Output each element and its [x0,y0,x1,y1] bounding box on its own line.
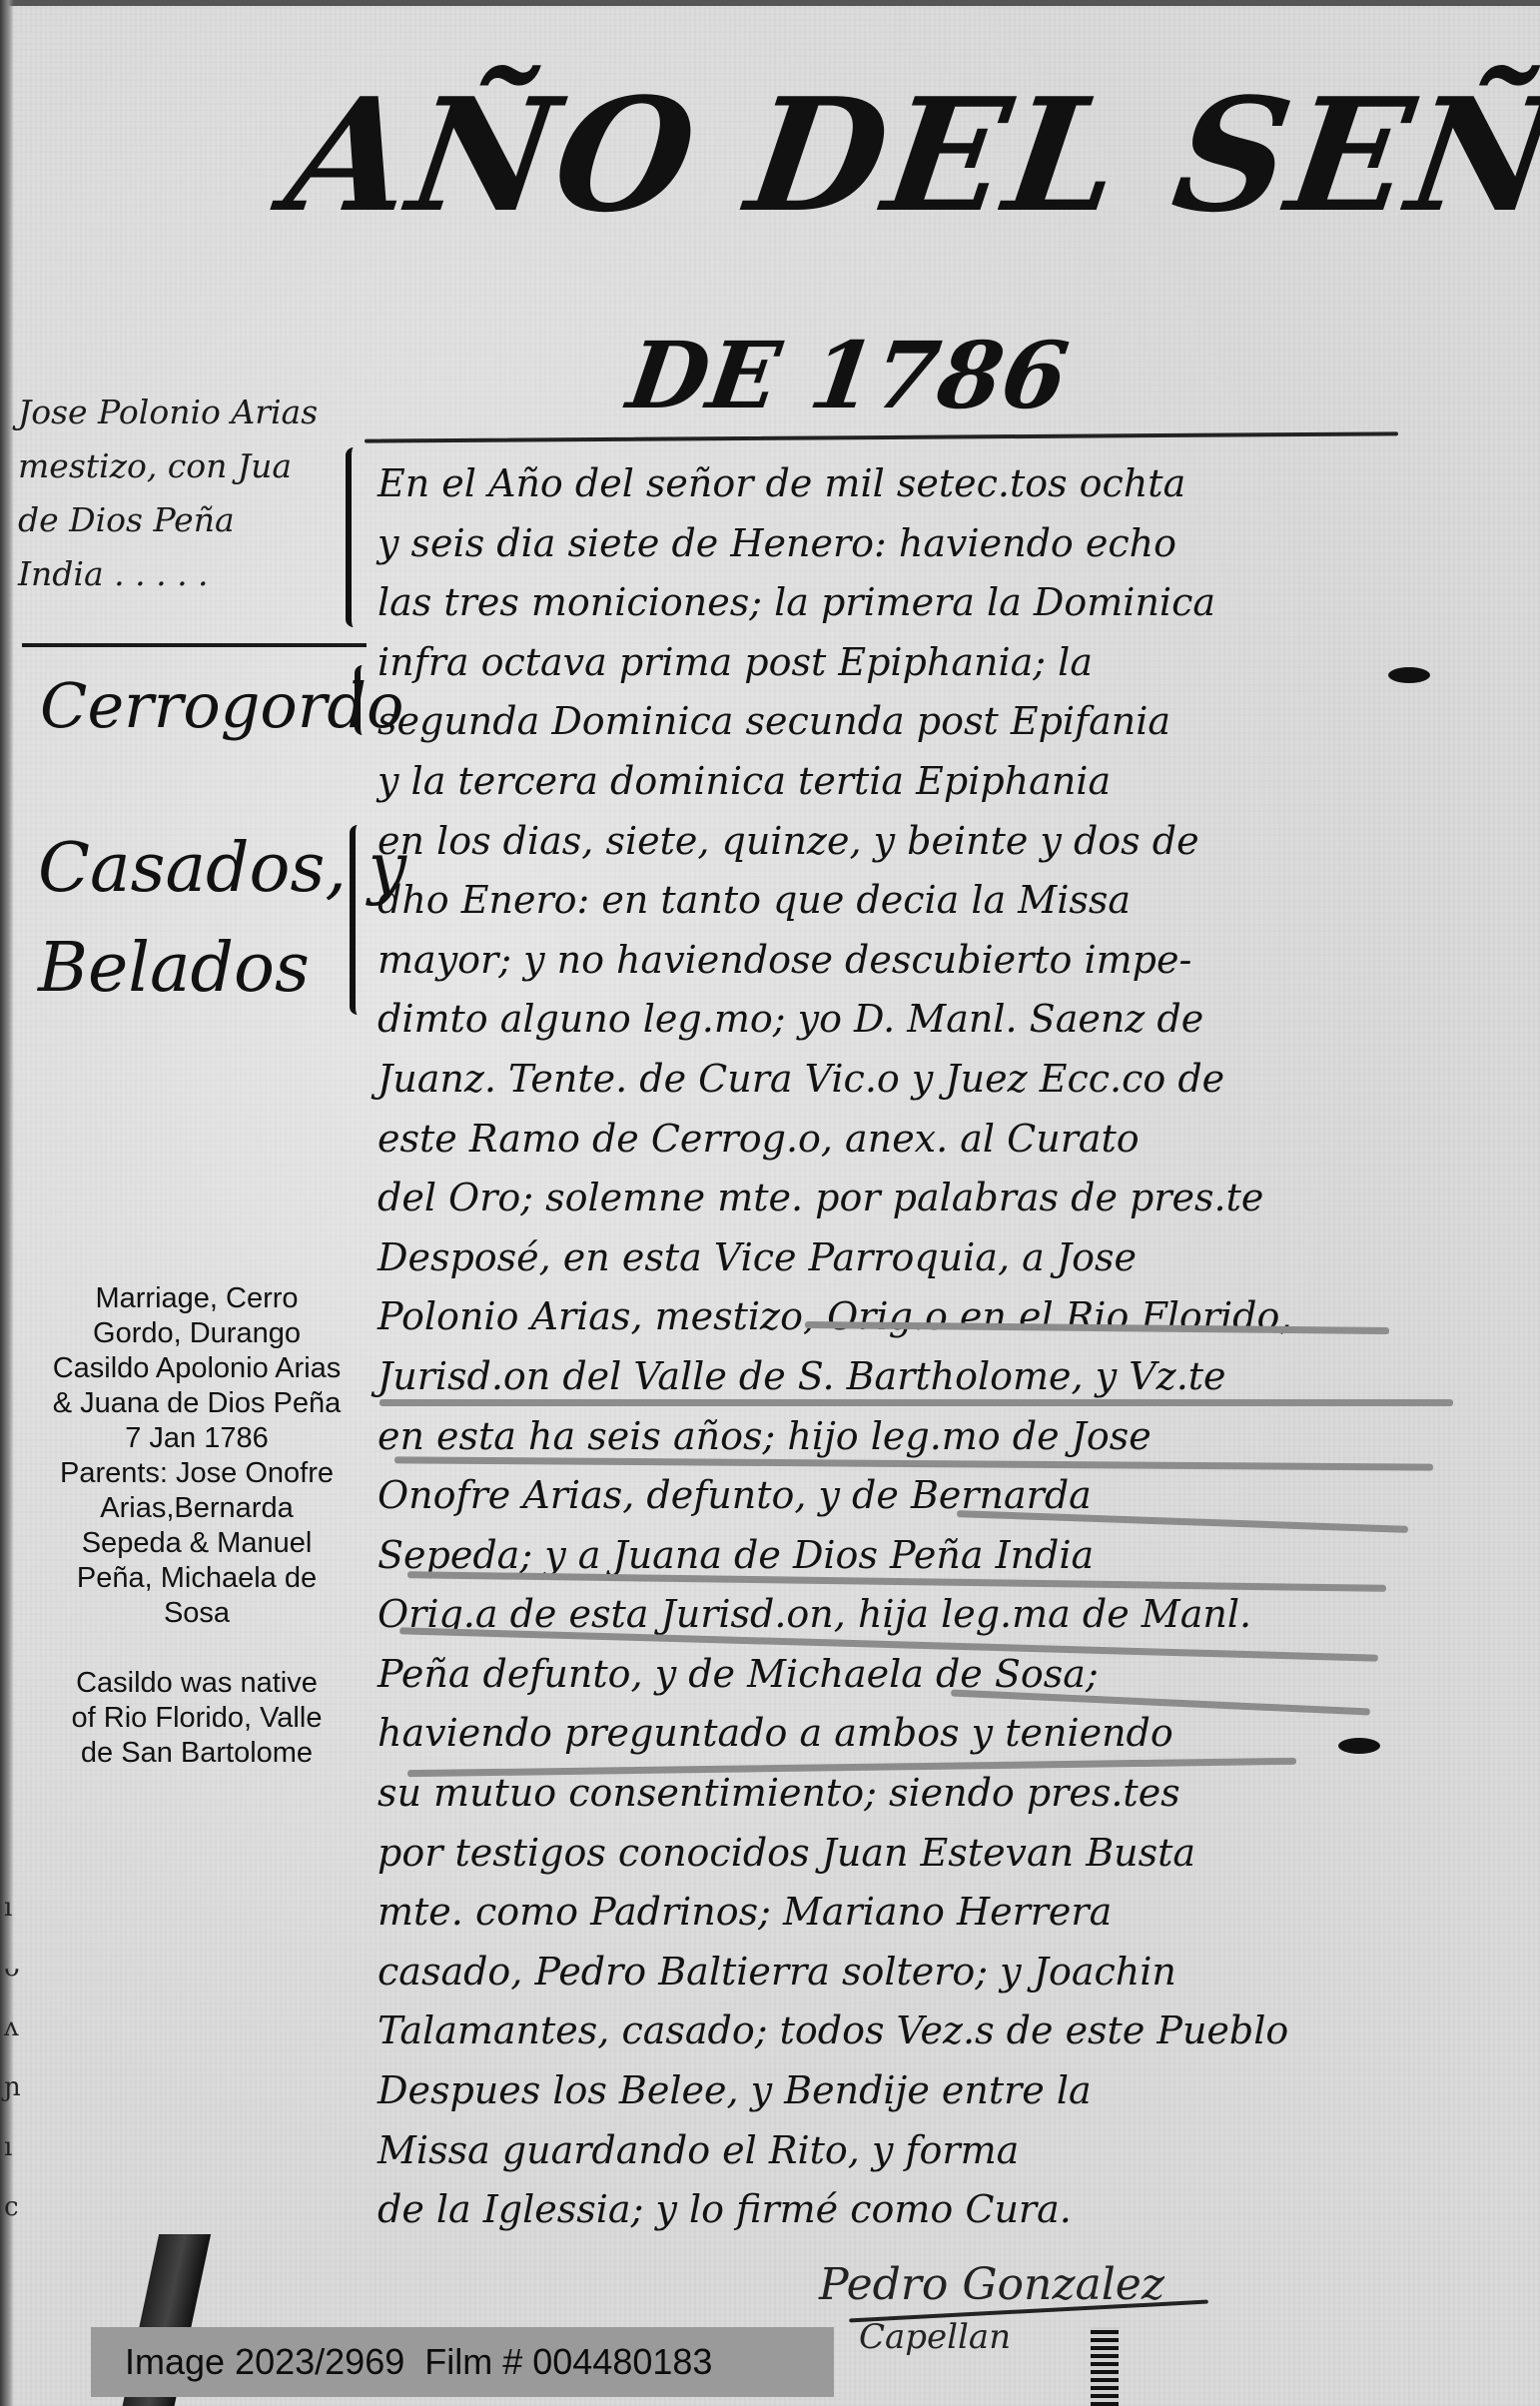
entry-line: dimto alguno leg.mo; yo D. Manl. Saenz d… [378,990,1496,1050]
annotation-line: Peña, Michaela de [22,1561,372,1596]
entry-line: las tres moniciones; la primera la Domin… [378,573,1496,633]
margin-divider [22,643,367,647]
page-top-edge [0,0,1540,6]
ink-blot [1388,667,1430,683]
entry-line: mte. como Padrinos; Mariano Herrera [378,1883,1496,1943]
entry-line: casado, Pedro Baltierra soltero; y Joach… [378,1943,1496,2003]
entry-line: Polonio Arias, mestizo, Orig.o en el Rio… [378,1287,1496,1347]
heading-divider [365,431,1398,442]
entry-line: por testigos conocidos Juan Estevan Bust… [378,1824,1496,1884]
annotation-line: Gordo, Durango [22,1316,372,1351]
annotation-line: Parents: Jose Onofre [22,1456,372,1491]
entry-line: dho Enero: en tanto que decia la Missa [378,871,1496,931]
binding-spring [1091,2327,1119,2406]
signature-title: Capellan [859,2317,1011,2357]
entry-line: segunda Dominica secunda post Epifania [378,692,1496,752]
brace-status [350,825,366,1015]
entry-line: Talamantes, casado; todos Vez.s de este … [378,2002,1496,2061]
manuscript-page: AÑO DEL SEÑOR DE 1786 Jose Polonio Arias… [0,0,1540,2406]
entry-line: este Ramo de Cerrog.o, anex. al Curato [378,1110,1496,1170]
margin-names: Jose Polonio Arias mestizo, con Jua de D… [18,386,358,601]
entry-line: en los dias, siete, quinze, y beinte y d… [378,812,1496,872]
entry-line: y la tercera dominica tertia Epiphania [378,752,1496,812]
annotation-line: Sosa [22,1596,372,1631]
annotation-line: Casildo Apolonio Arias [22,1351,372,1386]
annotation-spacer [22,1631,372,1666]
entry-line: mayor; y no haviendose descubierto impe- [378,931,1496,991]
brace-place [355,665,371,735]
annotation-line: Marriage, Cerro [22,1281,372,1316]
margin-edge-marks: ıᴗʌɲıc [4,1878,22,2237]
ink-blot [1338,1738,1380,1754]
entry-line: Onofre Arias, defunto, y de Bernarda [378,1466,1496,1526]
page-heading-year: DE 1786 [623,330,1074,421]
margin-name-line: India . . . . . [18,547,358,601]
entry-line: infra octava prima post Epiphania; la [378,633,1496,693]
annotation-line: Arias,Bernarda [22,1491,372,1526]
annotation-line: Sepeda & Manuel [22,1526,372,1561]
annotation-line: 7 Jan 1786 [22,1421,372,1456]
annotation-line: & Juana de Dios Peña [22,1386,372,1421]
annotation-line: of Rio Florido, Valle [22,1701,372,1736]
entry-line: Jurisd.on del Valle de S. Bartholome, y … [378,1347,1496,1407]
margin-name-line: Jose Polonio Arias [18,386,358,439]
annotation-line: Casildo was native [22,1666,372,1701]
margin-name-line: mestizo, con Jua [18,439,358,493]
register-entry-body: En el Año del señor de mil setec.tos och… [378,454,1496,2240]
entry-line: Juanz. Tente. de Cura Vic.o y Juez Ecc.c… [378,1050,1496,1110]
page-heading-title: AÑO DEL SEÑOR [279,78,1479,234]
entry-line: Despues los Belee, y Bendije entre la [378,2061,1496,2121]
typed-annotation: Marriage, Cerro Gordo, Durango Casildo A… [22,1281,372,1771]
entry-line: Missa guardando el Rito, y forma [378,2121,1496,2181]
entry-line: de la Iglessia; y lo firmé como Cura. [378,2180,1496,2240]
annotation-line: de San Bartolome [22,1736,372,1771]
margin-name-line: de Dios Peña [18,493,358,547]
entry-line: En el Año del señor de mil setec.tos och… [378,454,1496,514]
brace-names [346,447,362,627]
priest-signature: Pedro Gonzalez [819,2259,1164,2310]
entry-line: del Oro; solemne mte. por palabras de pr… [378,1169,1496,1228]
film-image-label: Image 2023/2969 Film # 004480183 [91,2327,834,2397]
highlight-underline [380,1399,1453,1406]
margin-place: Cerrogordo [40,669,403,742]
entry-line: Desposé, en esta Vice Parroquia, a Jose [378,1228,1496,1288]
entry-line: y seis dia siete de Henero: haviendo ech… [378,514,1496,574]
